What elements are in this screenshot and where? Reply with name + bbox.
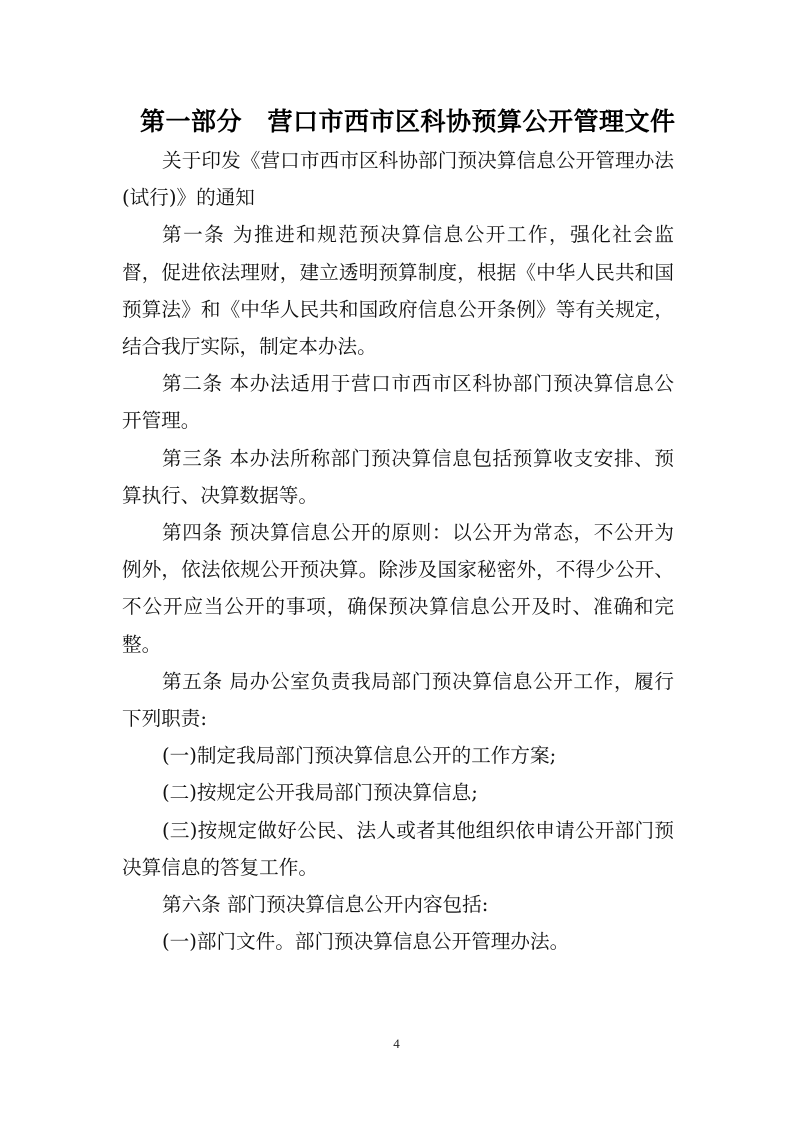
paragraph-article-3: 第三条 本办法所称部门预决算信息包括预算收支安排、预算执行、决算数据等。 — [122, 440, 674, 514]
paragraph-article-4: 第四条 预决算信息公开的原则：以公开为常态，不公开为例外，依法依规公开预决算。除… — [122, 514, 674, 663]
page-number: 4 — [0, 1036, 793, 1052]
paragraph-article-6: 第六条 部门预决算信息公开内容包括: — [122, 886, 674, 923]
document-body: 关于印发《营口市西市区科协部门预决算信息公开管理办法(试行)》的通知 第一条 为… — [122, 142, 674, 960]
document-page: 第一部分 营口市西市区科协预算公开管理文件 关于印发《营口市西市区科协部门预决算… — [0, 0, 793, 1122]
paragraph-article-5-item-2: (二)按规定公开我局部门预决算信息; — [122, 774, 674, 811]
paragraph-article-5: 第五条 局办公室负责我局部门预决算信息公开工作，履行下列职责: — [122, 663, 674, 737]
paragraph-article-5-item-1: (一)制定我局部门预决算信息公开的工作方案; — [122, 737, 674, 774]
page-title: 第一部分 营口市西市区科协预算公开管理文件 — [140, 102, 680, 138]
paragraph-article-1: 第一条 为推进和规范预决算信息公开工作，强化社会监督，促进依法理财，建立透明预算… — [122, 216, 674, 365]
paragraph-notice-title: 关于印发《营口市西市区科协部门预决算信息公开管理办法(试行)》的通知 — [122, 142, 674, 216]
paragraph-article-6-item-1: (一)部门文件。部门预决算信息公开管理办法。 — [122, 923, 674, 960]
paragraph-article-5-item-3: (三)按规定做好公民、法人或者其他组织依申请公开部门预决算信息的答复工作。 — [122, 812, 674, 886]
paragraph-article-2: 第二条 本办法适用于营口市西市区科协部门预决算信息公开管理。 — [122, 365, 674, 439]
